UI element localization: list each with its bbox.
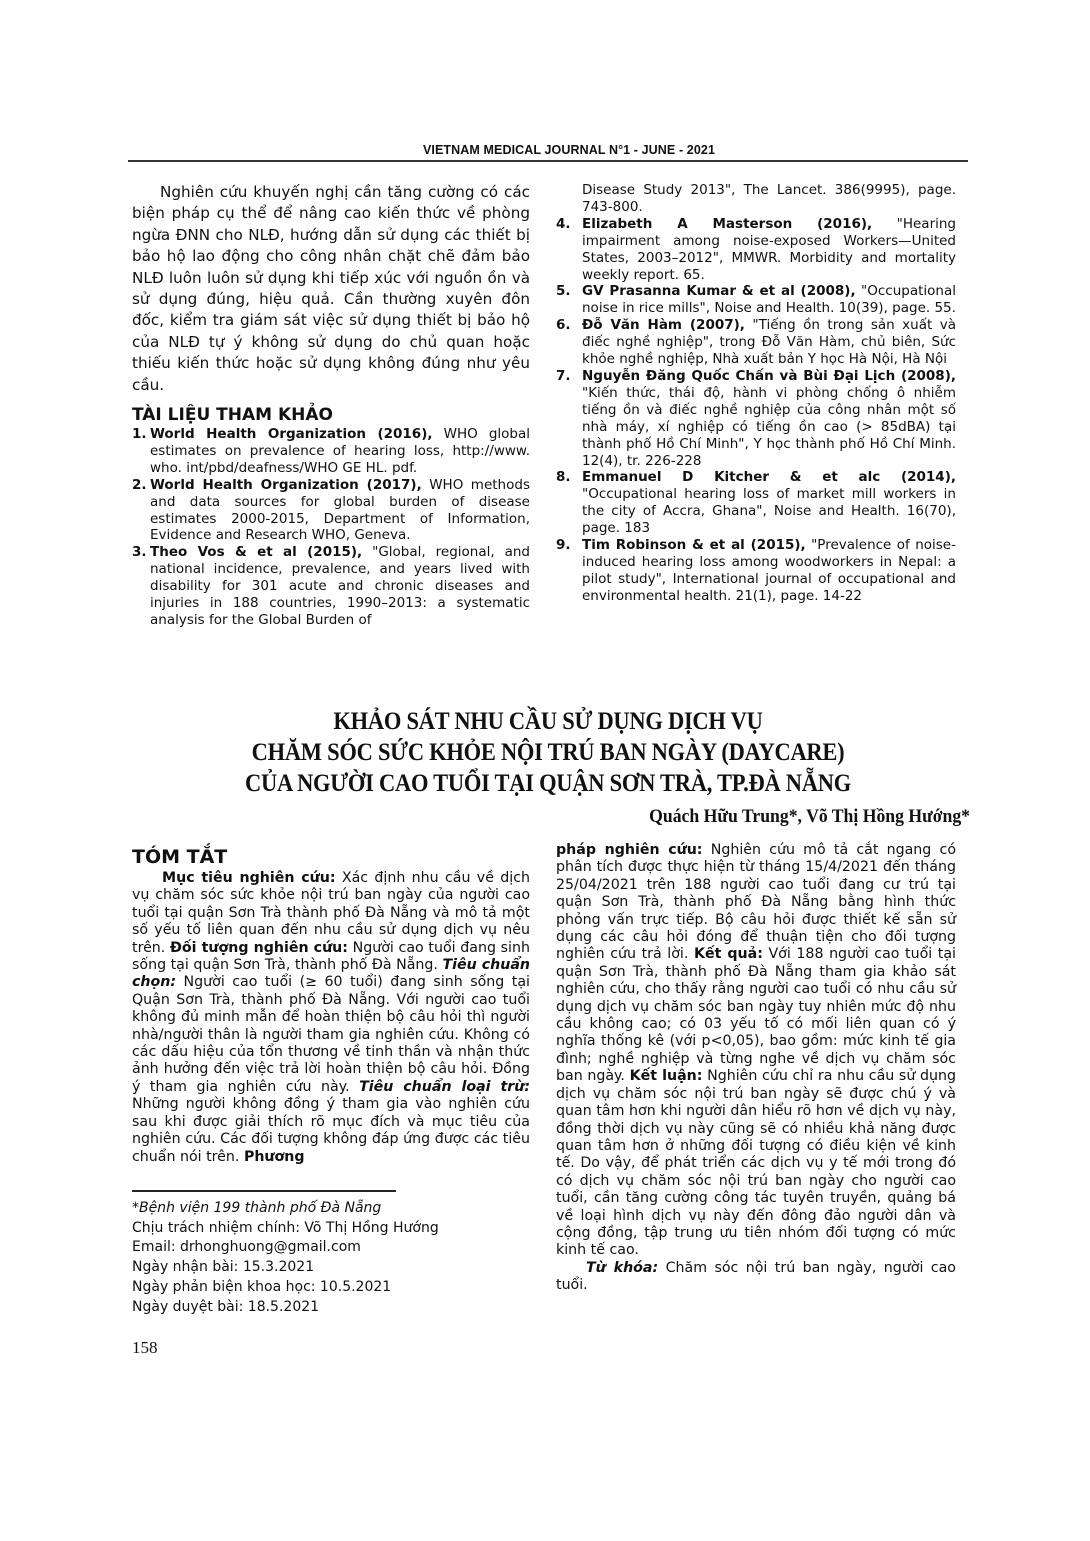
keywords-label: Từ khóa: — [586, 1260, 658, 1276]
reference-author: World Health Organization (2016), — [150, 426, 433, 442]
reference-text: "Kiến thức, thái độ, hành vi phòng chống… — [582, 385, 956, 469]
title-line-2: CHĂM SÓC SỨC KHỎE NỘI TRÚ BAN NGÀY (DAYC… — [170, 737, 926, 768]
objective-label: Mục tiêu nghiên cứu: — [162, 870, 336, 886]
reference-item: 1. World Health Organization (2016), WHO… — [132, 426, 530, 477]
reference-number: 1. — [132, 426, 150, 477]
affiliation: *Bệnh viện 199 thành phố Đà Nẵng — [132, 1199, 532, 1219]
abstract-right-column: pháp nghiên cứu: Nghiên cứu mô tả cắt ng… — [556, 842, 956, 1295]
abstract-left-column: TÓM TẮT Mục tiêu nghiên cứu: Xác định nh… — [132, 846, 530, 1166]
reference-item: 8. Emmanuel D Kitcher & et alc (2014), "… — [556, 469, 956, 537]
methods-label-part1: Phương — [244, 1149, 305, 1165]
page-number: 158 — [132, 1338, 158, 1358]
reference-number: 5. — [556, 283, 582, 317]
header-divider — [128, 160, 968, 162]
abstract-paragraph: Mục tiêu nghiên cứu: Xác định nhu cầu về… — [132, 870, 530, 1166]
reference-continuation: Disease Study 2013", The Lancet. 386(999… — [556, 182, 956, 216]
footnote-divider — [132, 1190, 396, 1192]
reference-item: 9. Tim Robinson & et al (2015), "Prevale… — [556, 537, 956, 605]
corresponding-author: Chịu trách nhiệm chính: Võ Thị Hồng Hướn… — [132, 1219, 532, 1239]
reference-author: Emmanuel D Kitcher & et alc (2014), — [582, 469, 956, 485]
reference-author: Theo Vos & et al (2015), — [150, 544, 362, 560]
reference-number: 8. — [556, 469, 582, 537]
reference-number: 6. — [556, 317, 582, 368]
article-authors: Quách Hữu Trung*, Võ Thị Hồng Hướng* — [649, 806, 970, 828]
reference-number: 4. — [556, 216, 582, 284]
methods-label-part2: pháp nghiên cứu: — [556, 842, 703, 858]
reference-item: 4. Elizabeth A Masterson (2016), "Hearin… — [556, 216, 956, 284]
reference-item: 6. Đỗ Văn Hàm (2007), "Tiếng ồn trong sả… — [556, 317, 956, 368]
references-heading: TÀI LIỆU THAM KHẢO — [132, 407, 530, 424]
article-title: KHẢO SÁT NHU CẦU SỬ DỤNG DỊCH VỤ CHĂM SÓ… — [128, 706, 968, 799]
reference-item: 3. Theo Vos & et al (2015), "Global, reg… — [132, 544, 530, 629]
abstract-paragraph-continued: pháp nghiên cứu: Nghiên cứu mô tả cắt ng… — [556, 842, 956, 1260]
reference-number: 2. — [132, 477, 150, 545]
keywords-paragraph: Từ khóa: Chăm sóc nội trú ban ngày, ngườ… — [556, 1260, 956, 1295]
reviewed-date: Ngày phản biện khoa học: 10.5.2021 — [132, 1278, 532, 1298]
conclusion-text: Nghiên cứu chỉ ra nhu cầu sử dụng dịch v… — [556, 1068, 956, 1258]
reference-item: 2. World Health Organization (2017), WHO… — [132, 477, 530, 545]
abstract-heading: TÓM TẮT — [132, 846, 530, 868]
accepted-date: Ngày duyệt bài: 18.5.2021 — [132, 1298, 532, 1318]
reference-author: Elizabeth A Masterson (2016), — [582, 216, 872, 232]
reference-item: 7. Nguyễn Đăng Quốc Chấn và Bùi Đại Lịch… — [556, 368, 956, 469]
reference-text: "Occupational hearing loss of market mil… — [582, 486, 956, 536]
exclusion-text: Những người không đồng ý tham gia vào ng… — [132, 1096, 530, 1164]
reference-item: 5. GV Prasanna Kumar & et al (2008), "Oc… — [556, 283, 956, 317]
reference-author: World Health Organization (2017), — [150, 477, 422, 493]
inclusion-text: Người cao tuổi (≥ 60 tuổi) đang sinh sốn… — [132, 974, 530, 1094]
methods-text: Nghiên cứu mô tả cắt ngang có phân tích … — [556, 842, 956, 962]
reference-author: Đỗ Văn Hàm (2007), — [582, 317, 745, 333]
received-date: Ngày nhận bài: 15.3.2021 — [132, 1258, 532, 1278]
subjects-label: Đối tượng nghiên cứu: — [170, 940, 348, 956]
reference-number: 3. — [132, 544, 150, 629]
reference-number: 7. — [556, 368, 582, 469]
results-label: Kết quả: — [694, 946, 763, 962]
conclusion-paragraph: Nghiên cứu khuyến nghị cần tăng cường có… — [132, 182, 530, 396]
previous-article-left-column: Nghiên cứu khuyến nghị cần tăng cường có… — [132, 182, 530, 629]
exclusion-label: Tiêu chuẩn loại trừ: — [359, 1079, 530, 1095]
reference-author: Nguyễn Đăng Quốc Chấn và Bùi Đại Lịch (2… — [582, 368, 956, 384]
author-email: Email: drhonghuong@gmail.com — [132, 1238, 532, 1258]
title-line-1: KHẢO SÁT NHU CẦU SỬ DỤNG DỊCH VỤ — [170, 706, 926, 737]
reference-author: Tim Robinson & et al (2015), — [582, 537, 806, 553]
title-line-3: CỦA NGƯỜI CAO TUỔI TẠI QUẬN SƠN TRÀ, TP.… — [170, 768, 926, 799]
journal-issue-line: VIETNAM MEDICAL JOURNAL N°1 - JUNE - 202… — [423, 143, 715, 157]
footnote: *Bệnh viện 199 thành phố Đà Nẵng Chịu tr… — [132, 1199, 532, 1317]
reference-author: GV Prasanna Kumar & et al (2008), — [582, 283, 856, 299]
previous-article-right-column: Disease Study 2013", The Lancet. 386(999… — [556, 182, 956, 605]
conclusion-label: Kết luận: — [630, 1068, 703, 1084]
reference-number: 9. — [556, 537, 582, 605]
results-text: Với 188 người cao tuổi tại quận Sơn Trà,… — [556, 946, 956, 1084]
